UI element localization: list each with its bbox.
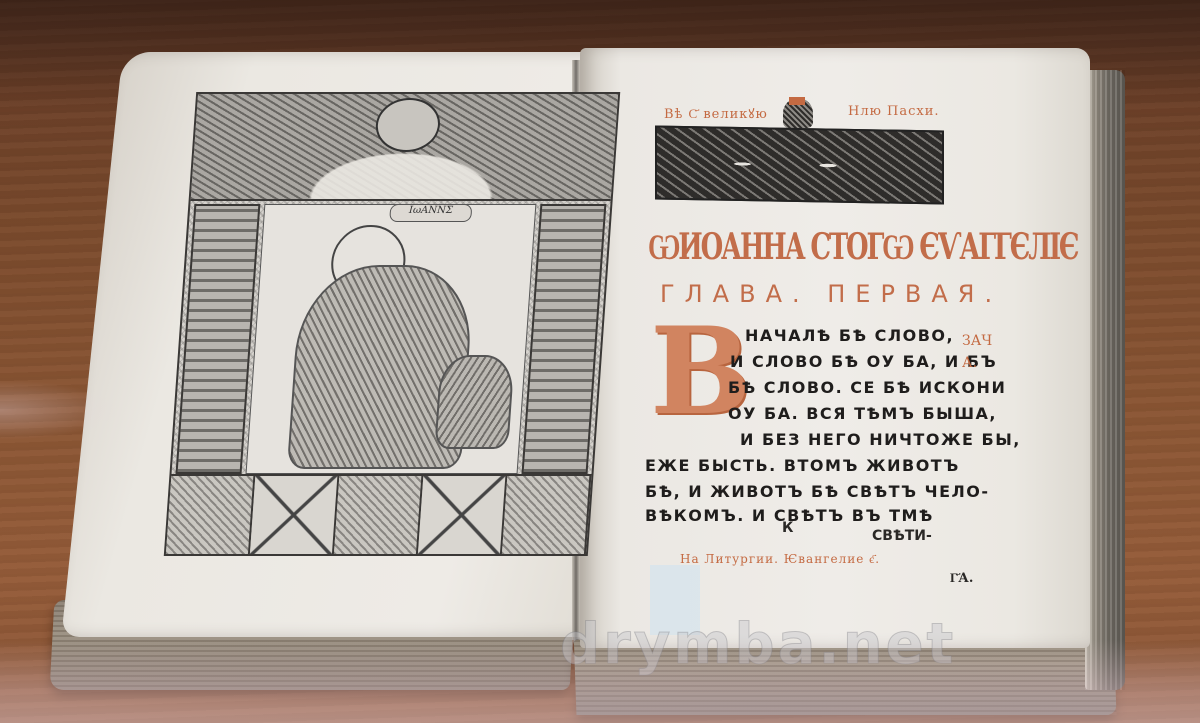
floral-headpiece xyxy=(655,125,944,204)
page-number: Г҃А. xyxy=(950,570,973,586)
margin-zachalo-note: ЗАЧ А. xyxy=(962,330,992,374)
decorated-initial: В xyxy=(650,312,738,440)
gospel-title: ѠИОАННА СТОГѠ ЄѴАГГЄЛІЄ xyxy=(648,222,851,272)
signature-mark: К xyxy=(782,520,793,536)
eagle-symbol xyxy=(434,355,515,449)
book-fore-edge xyxy=(1085,70,1125,690)
margin-note-line: ЗАЧ xyxy=(962,330,992,352)
margin-note-line: А. xyxy=(962,352,992,374)
text-line: И БЕЗ НЕГО НИЧТОЖЕ БЫ, xyxy=(740,430,1021,449)
glass-reflection xyxy=(0,640,1200,723)
woodcut-niche xyxy=(246,204,537,474)
text-line: БѢ СЛОВО. СЕ БѢ ИСКОНИ xyxy=(728,378,1006,397)
red-crown-mark xyxy=(789,97,805,105)
text-line: ОУ БА. ВСЯ ТѢМЪ БЫША, xyxy=(728,404,997,423)
rubric-top-left: Вѣ С҃ великꙋю xyxy=(664,104,768,122)
base-panel xyxy=(166,476,255,554)
text-line: БѢ, И ЖИВОТЪ БѢ СВѢТЪ ЧЕЛО- xyxy=(645,482,990,501)
base-panel xyxy=(334,476,423,554)
frontispiece-woodcut: ΙωΑΝΝΣ xyxy=(164,92,620,556)
base-panel xyxy=(502,476,591,554)
glass-reflection-left xyxy=(0,380,120,440)
text-line: ЕЖЕ БЫСТЬ. ВТОМЪ ЖИВОТЪ xyxy=(645,456,960,475)
text-line: НАЧАЛѢ БѢ СЛОВО, xyxy=(745,326,954,345)
rubric-top-right: Нлю Пасхи. xyxy=(848,104,940,119)
base-panel-cross xyxy=(418,476,507,554)
catchword: СВѢТИ- xyxy=(872,528,932,544)
base-panel-cross xyxy=(250,476,339,554)
woodcut-banner: ΙωΑΝΝΣ xyxy=(389,204,472,222)
footer-rubric: На Литургии. Ѥвангелие є҃. xyxy=(680,552,880,567)
text-line: И СЛОВО БѢ ОУ БА, И БЪ xyxy=(730,352,997,371)
woodcut-base xyxy=(166,474,592,554)
woodcut-column-right xyxy=(522,204,607,474)
